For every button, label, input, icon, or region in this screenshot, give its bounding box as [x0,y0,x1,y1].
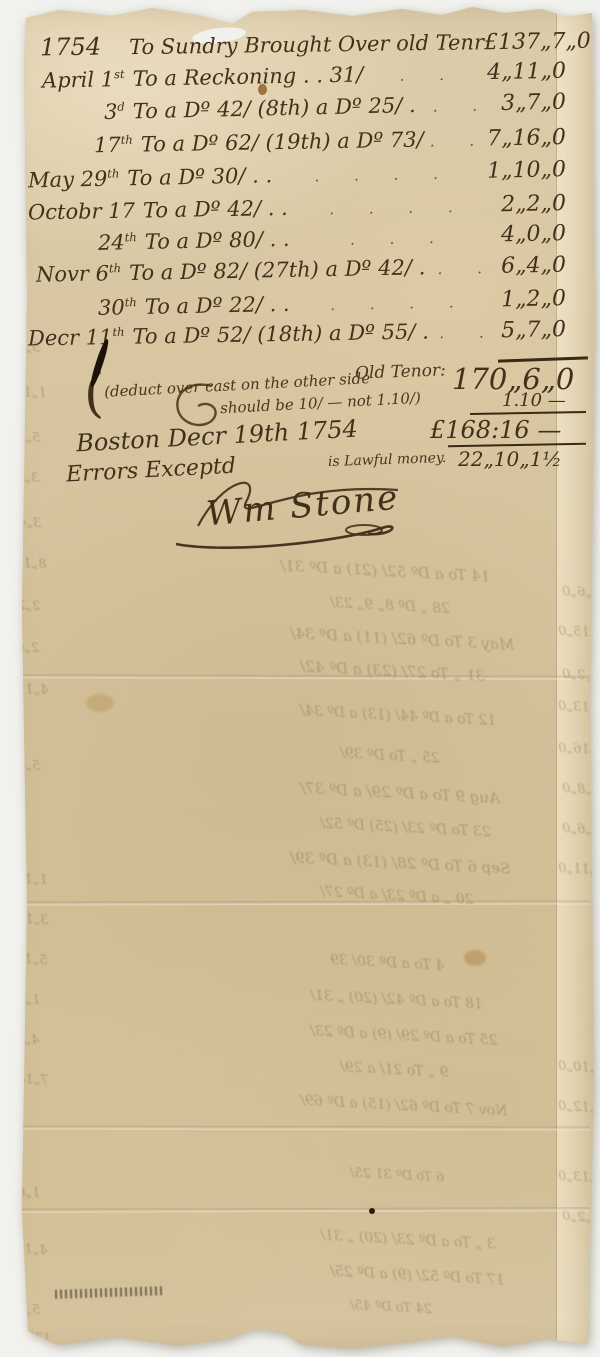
ledger-row: 17th To a Dº 62/ (19th) a Dº 73/ . . 7„1… [0,125,566,160]
leader-dots: . . [425,259,501,278]
entry-date: Octobr 17 [28,199,135,225]
entry-date: 17th [94,133,133,158]
leader-dots: . . . . [288,197,502,219]
entry-date: April 1st [42,67,125,93]
leader-dots: . . [415,96,501,116]
ledger-row: 3d To a Dº 42/ (8th) a Dº 25/ . . . 3„7„… [0,90,566,128]
entry-date: Decr 11th [28,325,125,351]
leader-dots: . . [429,323,502,342]
ledger-row: 24th To a Dº 80/ . . . . . 4„0„0 [0,221,566,258]
entry-date: 30th [98,295,137,320]
entry-date: 24th [98,230,137,255]
entry-description: To a Dº 52/ (18th) a Dº 55/ . [132,319,429,348]
sum-rule [470,411,586,415]
ledger-heading-row: 1754 To Sundry Brought Over old Tenr £13… [0,26,566,62]
entry-date: 3d [104,100,125,124]
ink-layer: 1754 To Sundry Brought Over old Tenr £13… [0,0,600,1357]
paper-sheet: 5„6„01„15„05„2„03„8„03„4„08„11„02„2„02„4… [0,0,600,1357]
signature-block: Wm Stone [168,468,428,558]
entry-amount: 4„0„0 [501,221,566,247]
ledger-row: Decr 11th To a Dº 52/ (18th) a Dº 55/ . … [0,317,566,352]
scanned-document: 5„6„01„15„05„2„03„8„03„4„08„11„02„2„02„4… [0,0,600,1357]
ledger-row: Novr 6th To a Dº 82/ (27th) a Dº 42/ . .… [0,253,566,289]
entry-amount: 1„10„0 [487,157,566,184]
ledger-row: April 1st To a Reckoning . . 31/ . . 4„1… [0,59,566,95]
entry-date: Novr 6th [36,261,121,287]
paper-wrap: 5„6„01„15„05„2„03„8„03„4„08„11„02„2„02„4… [0,0,600,1357]
lawful-money-amount: 22„10„1½ [458,447,562,471]
entry-amount: 5„7„0 [501,317,566,343]
ledger-row: 30th To a Dº 22/ . . . . . . 1„2„0 [0,286,566,323]
heading-text: To Sundry Brought Over old Tenr [129,30,484,59]
entry-description: To a Dº 62/ (19th) a Dº 73/ [141,128,424,157]
leader-dots: . . . . [289,292,501,314]
entry-description: To a Dº 42/ (8th) a Dº 25/ . [133,93,416,123]
entry-amount: 1„2„0 [501,286,566,312]
leader-dots: . . . [289,227,501,249]
entry-amount: 2„2„0 [501,191,566,217]
entry-description: To a Reckoning . . 31/ [132,62,363,90]
entry-description: To a Dº 42/ . . [143,196,288,223]
entry-amount: 7„16„0 [487,125,566,151]
place-date: Boston Decr 19th 1754 [75,415,358,458]
heading-amount: £137„7„0 [484,29,591,55]
entry-date: May 29th [28,166,120,192]
deduction-amount: 1.10 — [502,390,566,411]
leader-dots: . . [424,131,488,150]
ledger-row: May 29th To a Dº 30/ . . . . . . 1„10„0 [0,157,566,194]
entry-description: To a Dº 82/ (27th) a Dº 42/ . [129,255,426,285]
entry-amount: 6„4„0 [501,253,566,279]
ledger-row: Octobr 17 To a Dº 42/ . . . . . . 2„2„0 [0,191,566,226]
year-label: 1754 [40,33,101,62]
entry-amount: 3„7„0 [501,90,566,116]
net-amount: £168:16 — [430,416,561,444]
entry-amount: 4„11„0 [487,59,566,86]
entry-description: To a Dº 80/ . . [145,227,290,254]
entry-description: To a Dº 30/ . . [127,163,272,190]
leader-dots: . . [363,65,487,85]
entry-description: To a Dº 22/ . . [145,292,290,319]
leader-dots: . . . . [272,164,487,186]
